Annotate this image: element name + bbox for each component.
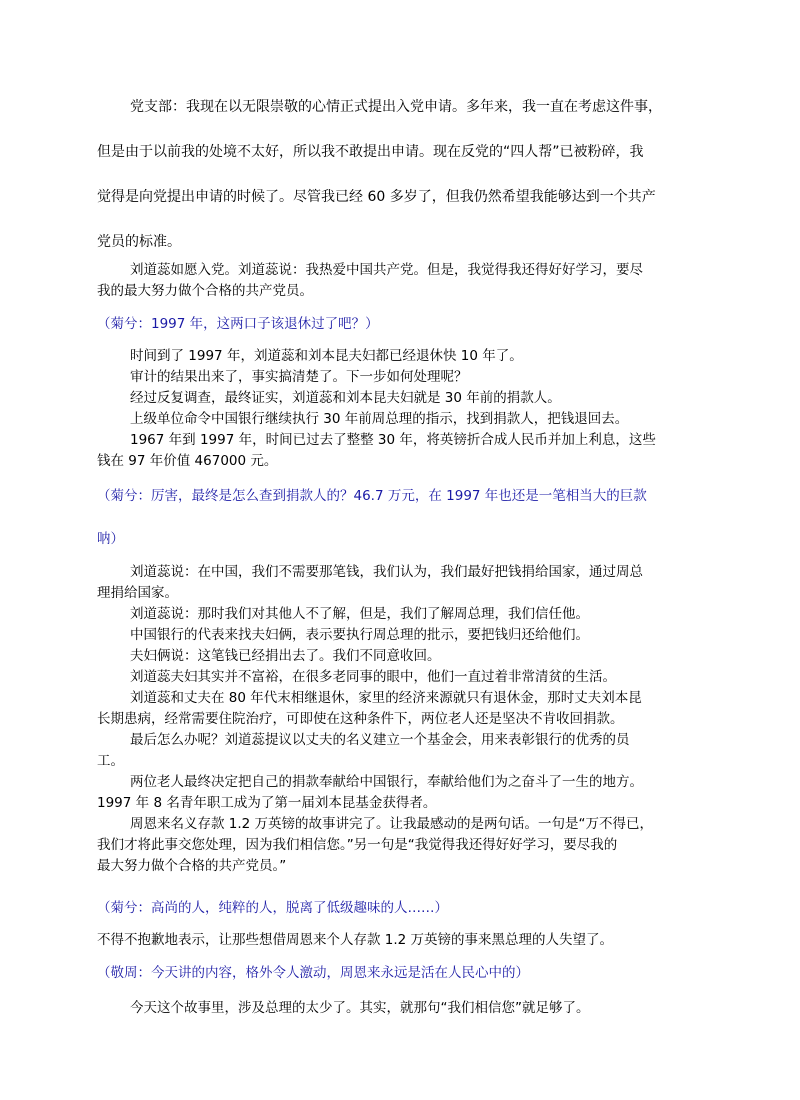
- document-page: 党支部：我现在以无限崇敬的心情正式提出入党申请。多年来，我一直在考虑这件事， 但…: [0, 0, 800, 1100]
- paragraph-line: 工。: [97, 752, 124, 771]
- paragraph-line: 理捐给国家。: [97, 584, 178, 603]
- paragraph-line: 上级单位命令中国银行继续执行 30 年前周总理的指示，找到捐款人，把钱退回去。: [130, 410, 628, 429]
- paragraph-line: 刘道蕊夫妇其实并不富裕，在很多老同事的眼中，他们一直过着非常清贫的生活。: [130, 668, 616, 687]
- paragraph-line: 最后怎么办呢？刘道蕊提议以丈夫的名义建立一个基金会，用来表彰银行的优秀的员: [130, 731, 630, 750]
- letter-line: 但是由于以前我的处境不太好，所以我不敢提出申请。现在反党的“四人帮”已被粉碎，我: [97, 143, 644, 162]
- commentary-note: （菊兮：厉害，最终是怎么查到捐款人的？46.7 万元，在 1997 年也还是一笔…: [97, 487, 647, 506]
- commentary-note: （菊兮：1997 年，这两口子该退休过了吧？）: [97, 315, 379, 334]
- commentary-note: （敬周：今天讲的内容，格外令人激动，周恩来永远是活在人民心中的）: [97, 964, 529, 983]
- paragraph-line: 1967 年到 1997 年，时间已过去了整整 30 年，将英镑折合成人民币并加…: [130, 431, 656, 450]
- paragraph-line: 我的最大努力做个合格的共产党员。: [97, 282, 313, 301]
- paragraph-line: 1997 年 8 名青年职工成为了第一届刘本昆基金获得者。: [97, 794, 436, 813]
- paragraph-line: 夫妇俩说：这笔钱已经捐出去了。我们不同意收回。: [130, 647, 441, 666]
- paragraph-line: 今天这个故事里，涉及总理的太少了。其实，就那句“我们相信您”就足够了。: [130, 999, 590, 1018]
- paragraph-line: 两位老人最终决定把自己的捐款奉献给中国银行，奉献给他们为之奋斗了一生的地方。: [130, 773, 643, 792]
- letter-line: 党支部：我现在以无限崇敬的心情正式提出入党申请。多年来，我一直在考虑这件事，: [130, 98, 662, 117]
- paragraph-line: 刘道蕊如愿入党。刘道蕊说：我热爱中国共产党。但是，我觉得我还得好好学习，要尽: [130, 261, 643, 280]
- paragraph-line: 周恩来名义存款 1.2 万英镑的故事讲完了。让我最感动的是两句话。一句是“万不得…: [130, 815, 653, 834]
- paragraph-line: 长期患病，经常需要住院治疗，可即使在这种条件下，两位老人还是坚决不肯收回捐款。: [97, 710, 624, 729]
- commentary-note: （菊兮：高尚的人，纯粹的人，脱离了低级趣味的人……）: [97, 899, 448, 918]
- paragraph-line: 最大努力做个合格的共产党员。”: [97, 857, 286, 876]
- paragraph-line: 刘道蕊和丈夫在 80 年代末相继退休，家里的经济来源就只有退休金，那时丈夫刘本昆: [130, 689, 642, 708]
- letter-line: 党员的标准。: [97, 233, 181, 252]
- paragraph-line: 时间到了 1997 年，刘道蕊和刘本昆夫妇都已经退休快 10 年了。: [130, 347, 523, 366]
- paragraph-line: 中国银行的代表来找夫妇俩，表示要执行周总理的批示，要把钱归还给他们。: [130, 626, 589, 645]
- paragraph-line: 我们才将此事交您处理，因为我们相信您。”另一句是“我觉得我还得好好学习，要尽我的: [97, 836, 617, 855]
- commentary-note: 呐）: [97, 530, 124, 549]
- paragraph-line: 不得不抱歉地表示，让那些想借周恩来个人存款 1.2 万英镑的事来黑总理的人失望了…: [97, 931, 613, 950]
- paragraph-line: 审计的结果出来了，事实搞清楚了。下一步如何处理呢？: [130, 368, 468, 387]
- letter-line: 觉得是向党提出申请的时候了。尽管我已经 60 多岁了，但我仍然希望我能够达到一个…: [97, 188, 656, 207]
- paragraph-line: 刘道蕊说：那时我们对其他人不了解，但是，我们了解周总理，我们信任他。: [130, 605, 589, 624]
- paragraph-line: 经过反复调查，最终证实，刘道蕊和刘本昆夫妇就是 30 年前的捐款人。: [130, 389, 561, 408]
- paragraph-line: 刘道蕊说：在中国，我们不需要那笔钱，我们认为，我们最好把钱捐给国家，通过周总: [130, 563, 643, 582]
- paragraph-line: 钱在 97 年价值 467000 元。: [97, 452, 277, 471]
